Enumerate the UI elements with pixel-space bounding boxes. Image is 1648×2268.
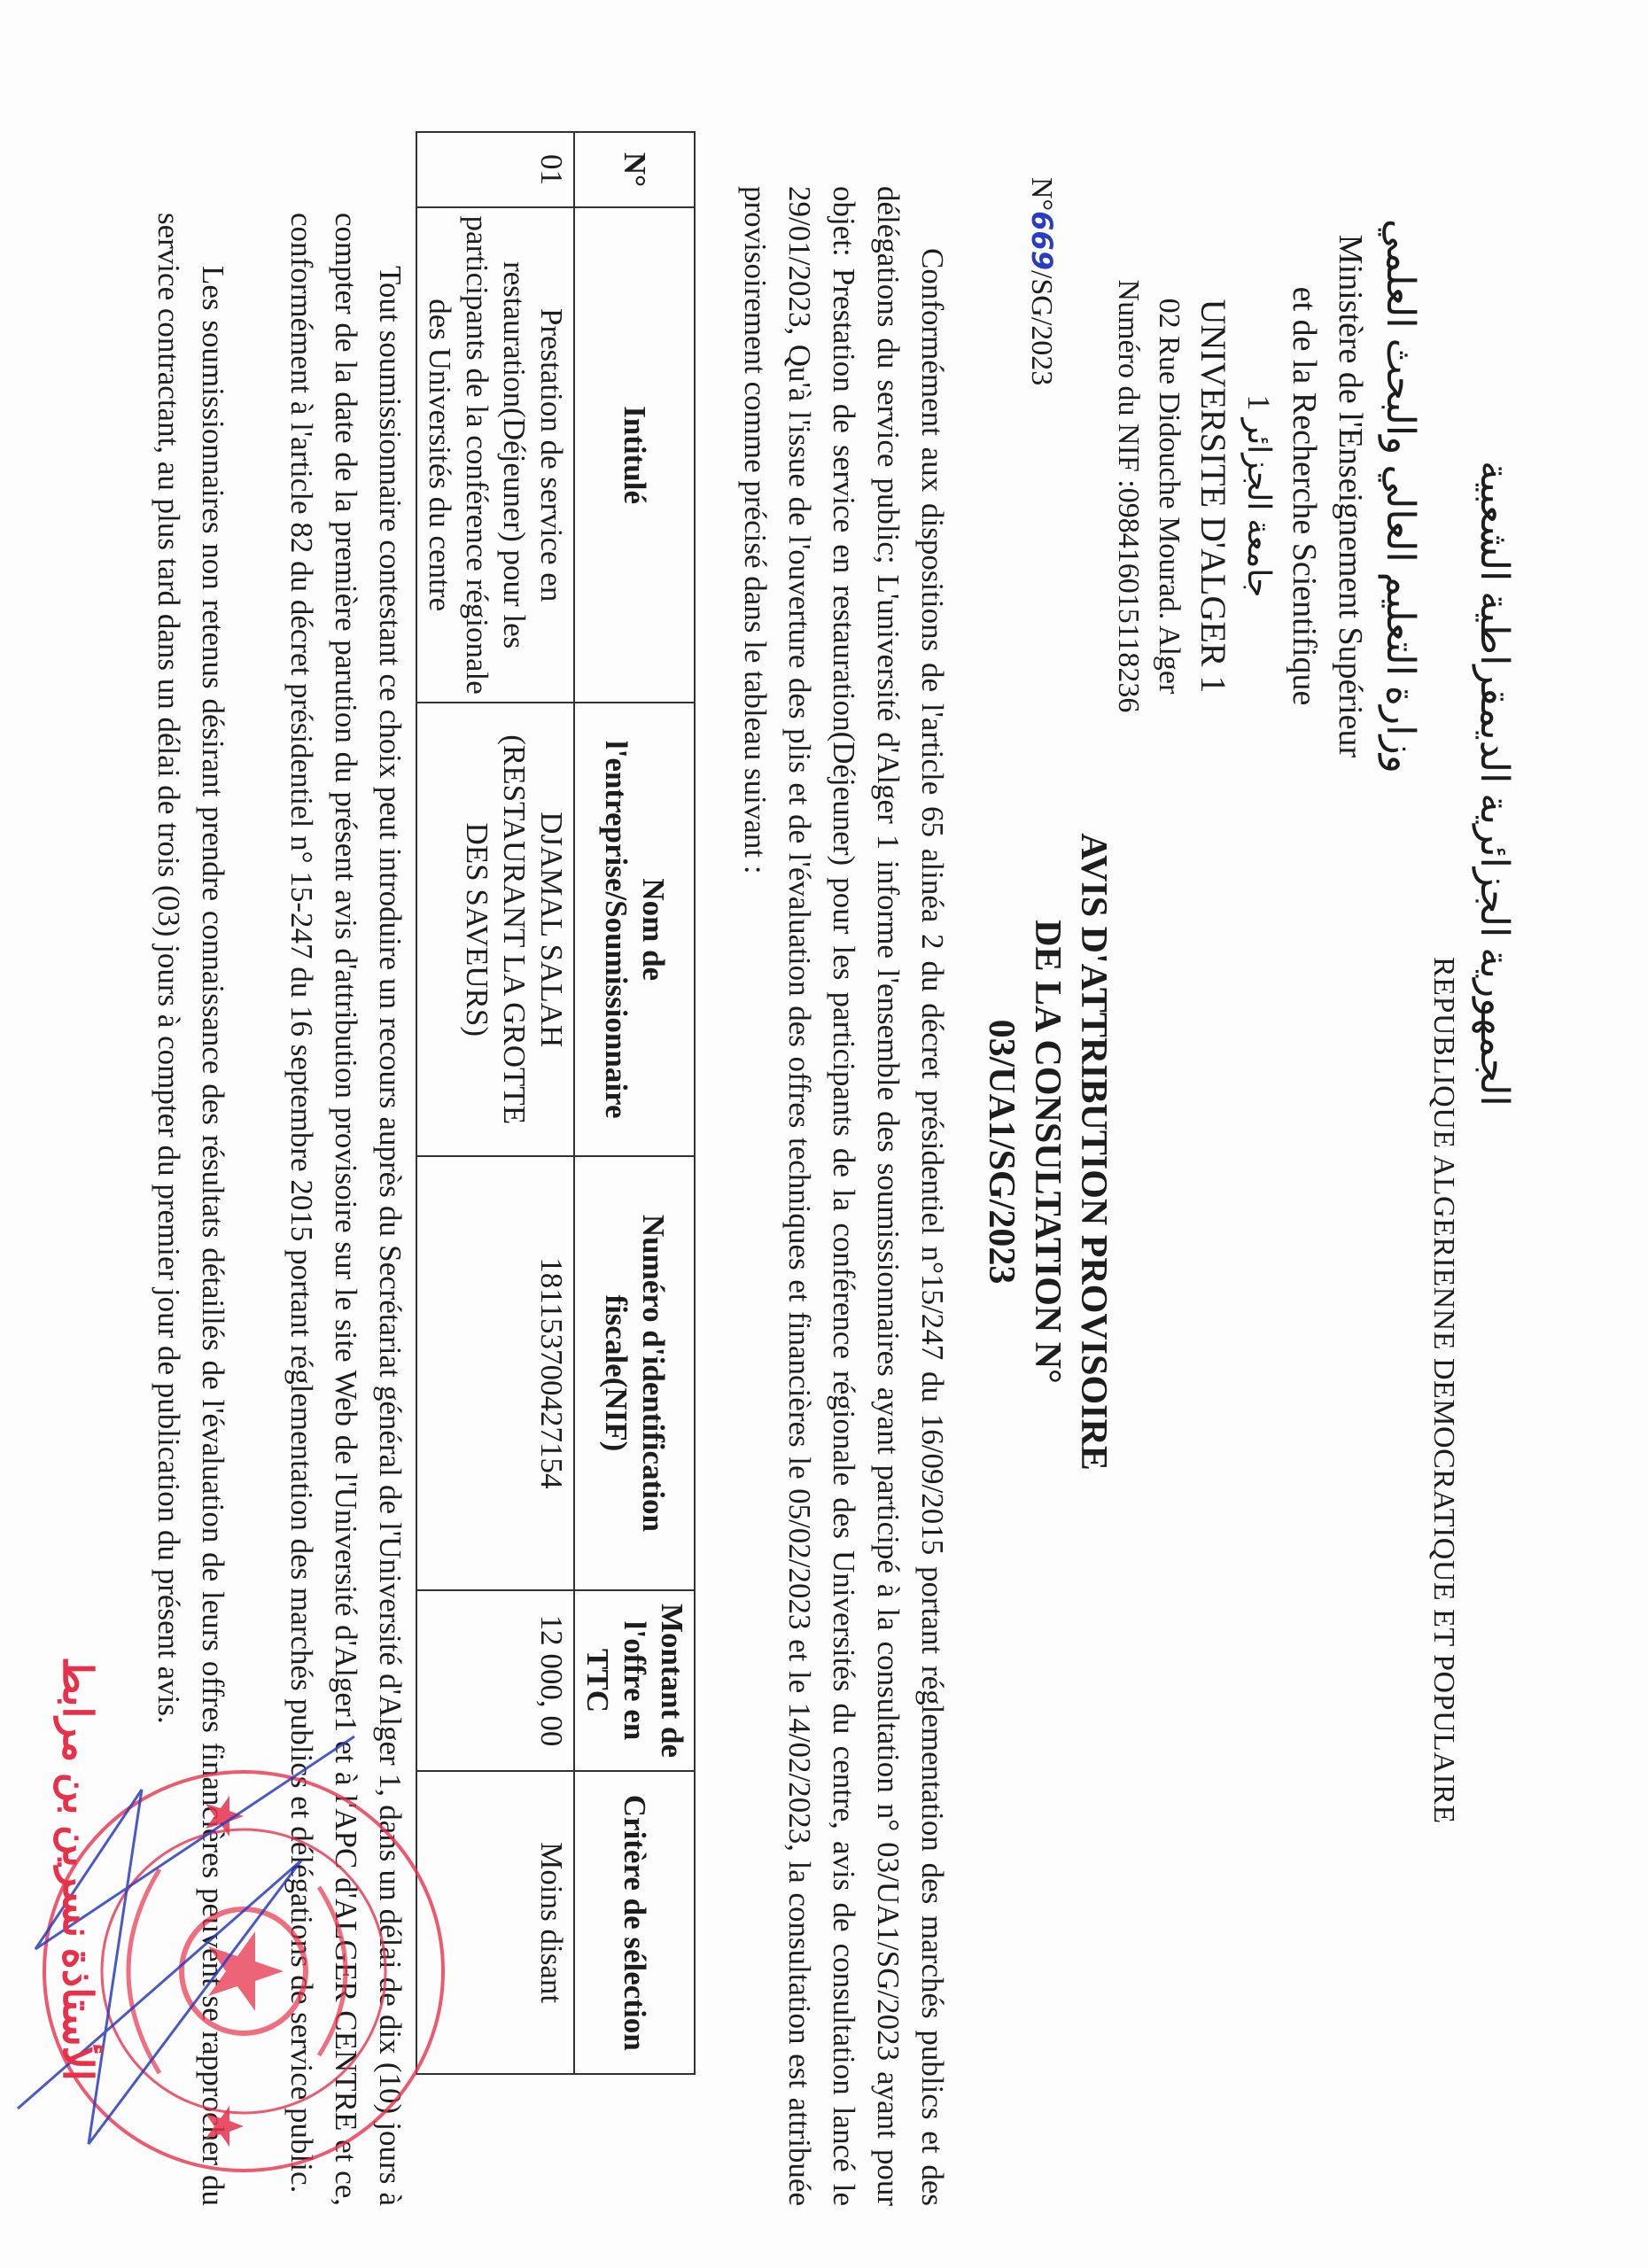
- title-line1: AVIS D'ATTRIBUTION PROVISOIRE: [1070, 797, 1116, 1506]
- cell-entreprise: DJAMAL SALAH (RESTAURANT LA GROTTE DES S…: [416, 703, 574, 1156]
- republic-name: REPUBLIQUE ALGERIENNE DEMOCRATIQUE ET PO…: [1426, 957, 1460, 1824]
- award-table: N° Intitulé Nom de l'entreprise/Soumissi…: [416, 131, 696, 2075]
- notice-title: AVIS D'ATTRIBUTION PROVISOIRE DE LA CONS…: [978, 797, 1116, 1506]
- cell-nif: 181153700427154: [416, 1156, 574, 1589]
- cell-no: 01: [416, 132, 574, 207]
- col-header-nif: Numéro d'identification fiscale(NIF): [574, 1156, 695, 1589]
- letterhead: وزارة التعليم العالي والبحث العلمي Minis…: [1108, 177, 1426, 815]
- col-header-montant: Montant de l'offre en TTC: [574, 1590, 695, 1772]
- col-header-intitule: Intitulé: [574, 207, 695, 703]
- col-header-entreprise: Nom de l'entreprise/Soumissionnaire: [574, 703, 695, 1156]
- intro-paragraph: Conformément aux dispositions de l'artic…: [733, 186, 954, 2206]
- col-header-no: N°: [574, 132, 695, 207]
- republic-arabic: الجمهورية الجزائرية الديمقراطية الشعبية: [1472, 461, 1517, 1107]
- ref-prefix: N°: [1025, 177, 1058, 211]
- ref-suffix: /SG/2023: [1025, 270, 1058, 385]
- university-arabic: جامعة الجزائر 1: [1237, 177, 1281, 815]
- title-line2: DE LA CONSULTATION N° 03/UA1/SG/2023: [978, 797, 1070, 1506]
- document-page: الجمهورية الجزائرية الديمقراطية الشعبية …: [0, 0, 1648, 2268]
- cell-montant: 12 000, 00: [416, 1590, 574, 1772]
- ministry-line2: et de la Recherche Scientifique: [1281, 177, 1327, 815]
- university-nif: Numéro du NIF :098416015118236: [1108, 177, 1148, 815]
- table-header-row: N° Intitulé Nom de l'entreprise/Soumissi…: [574, 132, 695, 2074]
- col-header-critere: Critère de sélection: [574, 1771, 695, 2074]
- signatory-name-arabic: الأستاذة نسرين بن مرابط: [54, 1657, 102, 2081]
- cell-intitule: Prestation de service en restauration(Dé…: [416, 207, 574, 703]
- ministry-line1: Ministère de l'Enseignement Supérieur: [1327, 177, 1373, 815]
- reference-number: N°669/SG/2023: [1024, 177, 1059, 385]
- university-name: UNIVERSITE D'ALGER 1: [1189, 177, 1237, 815]
- university-address: 02 Rue Didouche Mourad. Alger: [1148, 177, 1189, 815]
- ministry-arabic: وزارة التعليم العالي والبحث العلمي: [1373, 177, 1426, 815]
- ref-handwritten: 669: [1025, 211, 1059, 270]
